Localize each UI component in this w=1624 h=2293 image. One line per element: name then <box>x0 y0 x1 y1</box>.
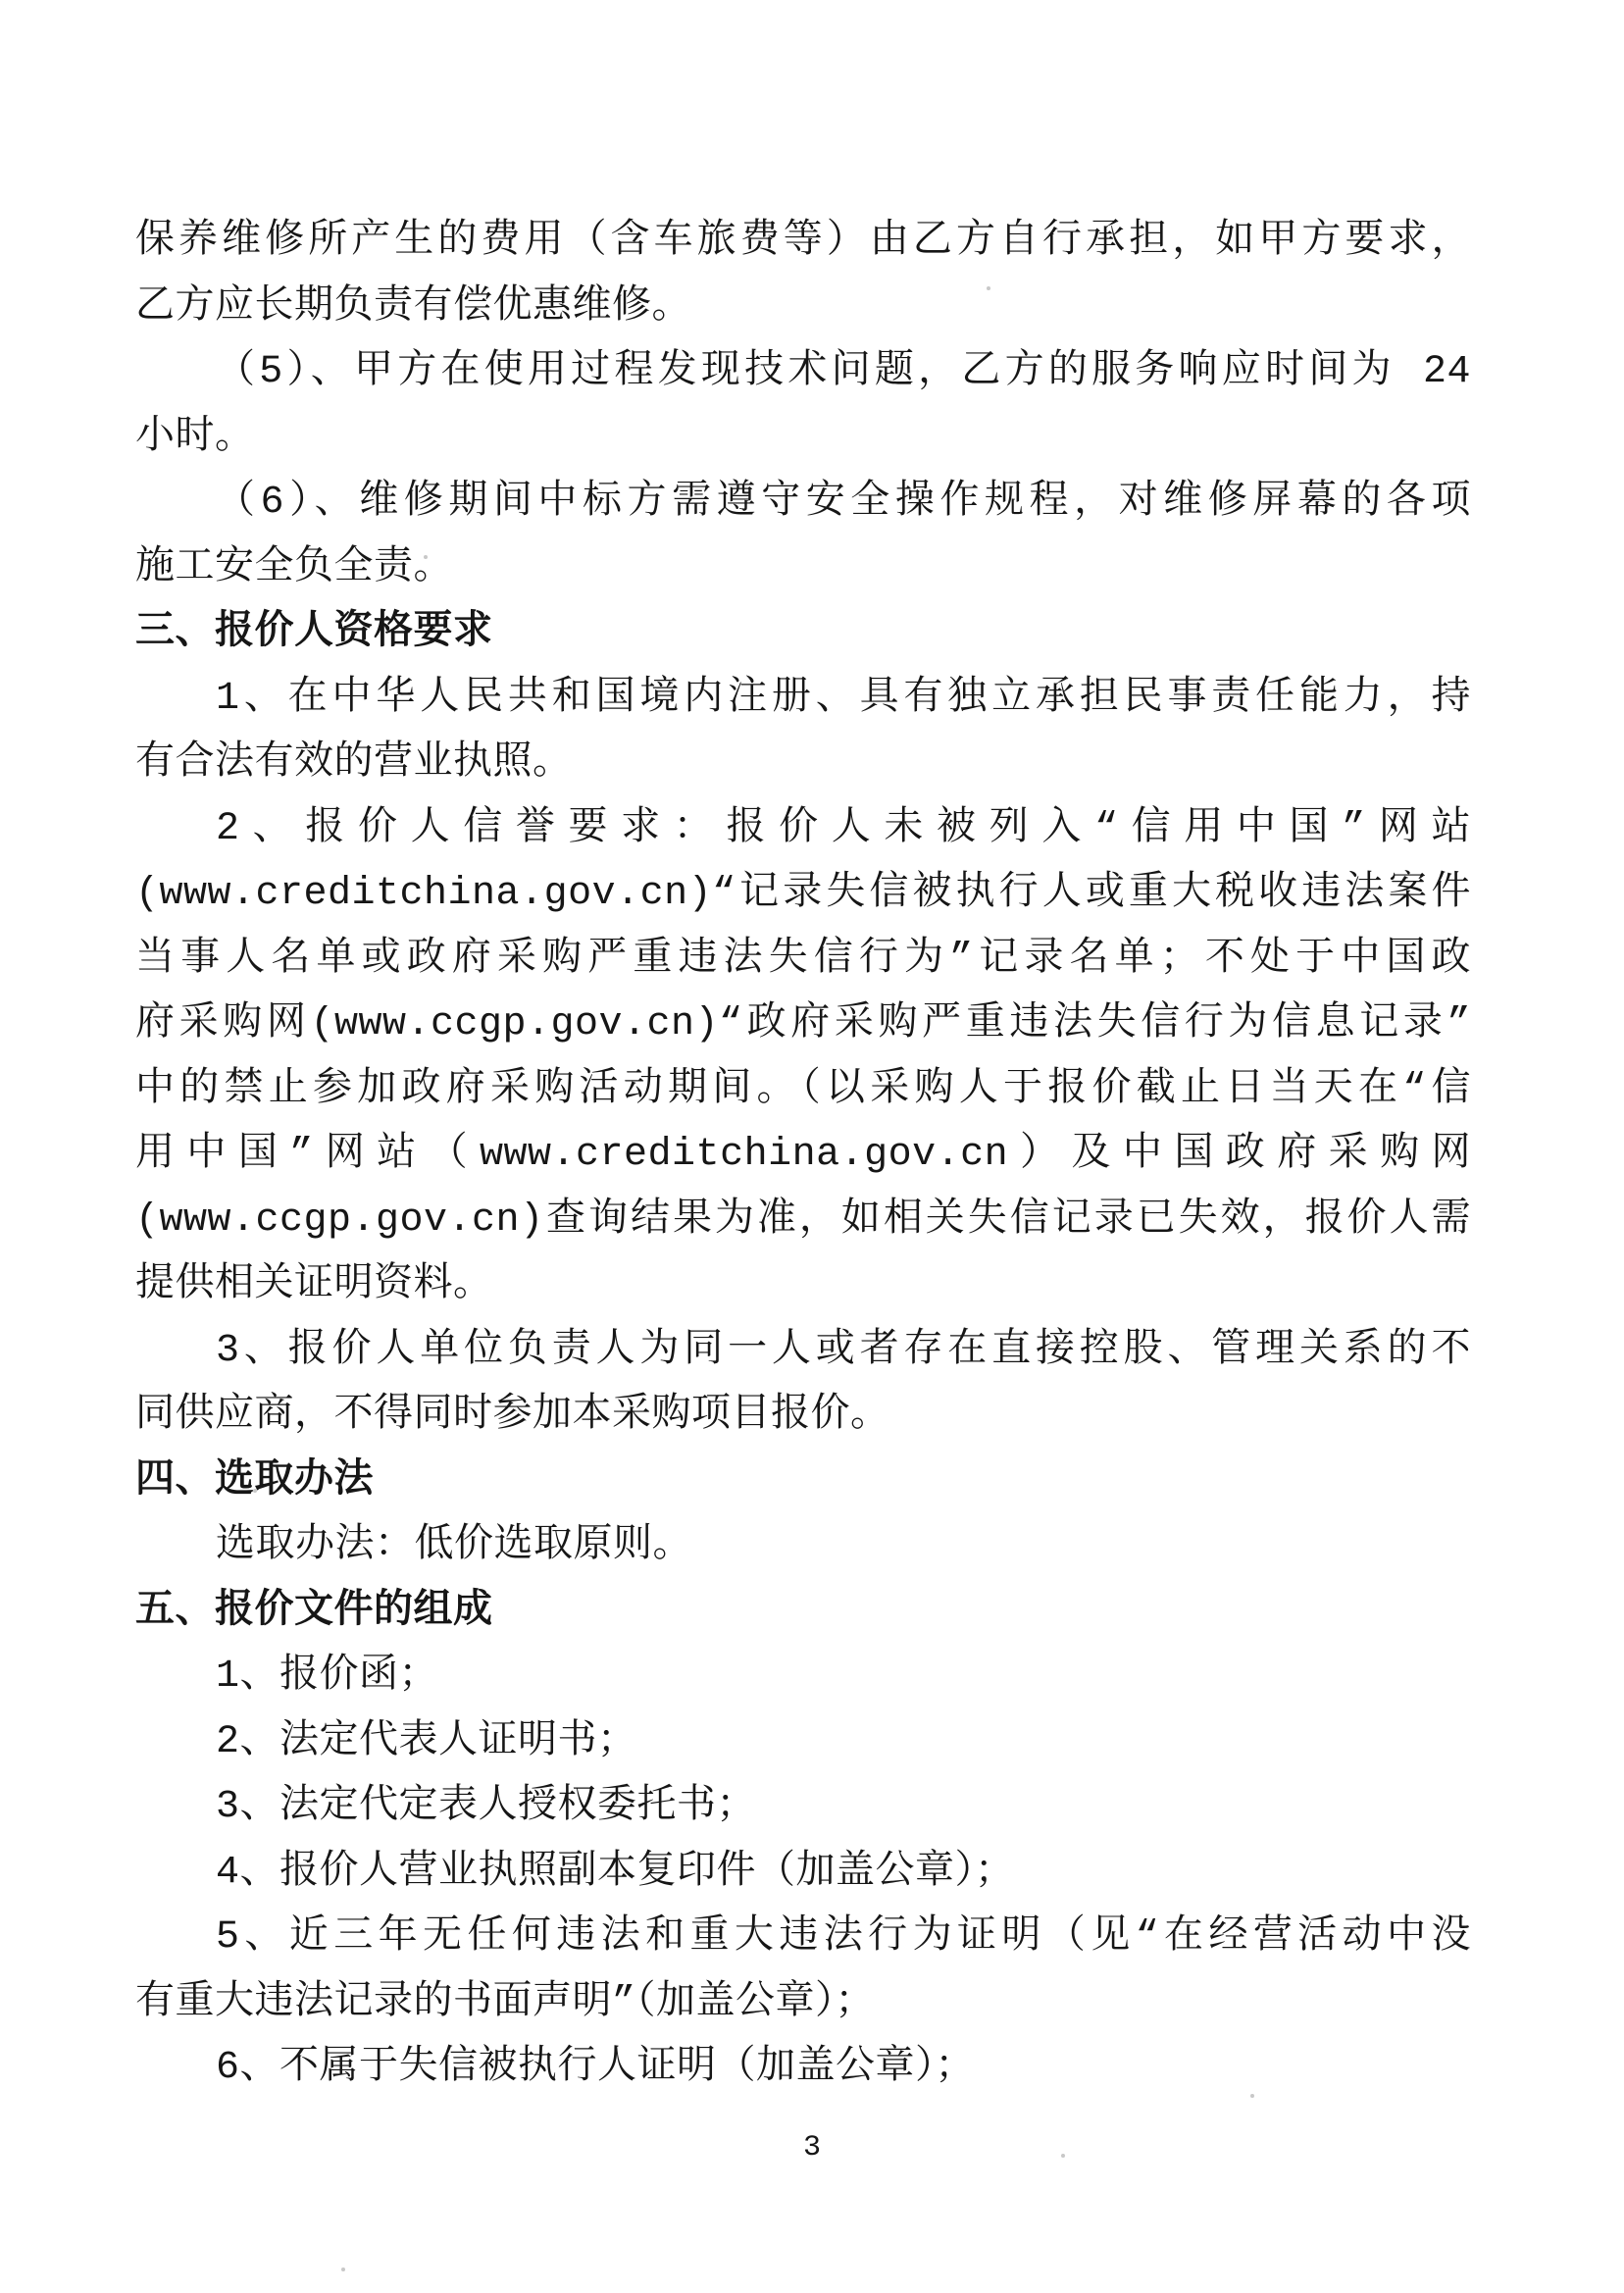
section-heading-4: 四、选取办法 <box>135 1450 1471 1515</box>
document-page: 保养维修所产生的费用（含车旅费等）由乙方自行承担，如甲方要求， 乙方应长期负责有… <box>0 0 1624 2293</box>
scan-speck <box>253 1489 257 1493</box>
list-item: 2、法定代表人证明书； <box>135 1710 1471 1776</box>
text-line: 1、在中华人民共和国境内注册、具有独立承担民事责任能力，持 <box>135 667 1471 733</box>
list-item: 3、法定代定表人授权委托书； <box>135 1775 1471 1841</box>
text-line: 2、报价人信誉要求：报价人未被列入“信用中国”网站 <box>135 797 1471 863</box>
list-item: 有重大违法记录的书面声明”（加盖公章）； <box>135 1971 1471 2037</box>
text-line: （6）、维修期间中标方需遵守安全操作规程，对维修屏幕的各项 <box>135 471 1471 536</box>
text-line: 保养维修所产生的费用（含车旅费等）由乙方自行承担，如甲方要求， <box>135 210 1471 276</box>
section-heading-3: 三、报价人资格要求 <box>135 601 1471 667</box>
list-item: 5、近三年无任何违法和重大违法行为证明（见“在经营活动中没 <box>135 1906 1471 1971</box>
text-line: 用中国”网站（www.creditchina.gov.cn）及中国政府采购网 <box>135 1123 1471 1189</box>
text-line: 3、报价人单位负责人为同一人或者存在直接控股、管理关系的不 <box>135 1319 1471 1385</box>
text-line: (www.ccgp.gov.cn)查询结果为准，如相关失信记录已失效，报价人需 <box>135 1189 1471 1254</box>
text-line: 施工安全负全责。 <box>135 536 1471 602</box>
document-body: 保养维修所产生的费用（含车旅费等）由乙方自行承担，如甲方要求， 乙方应长期负责有… <box>135 210 1471 2102</box>
section-heading-5: 五、报价文件的组成 <box>135 1580 1471 1646</box>
text-line: 选取办法：低价选取原则。 <box>135 1514 1471 1580</box>
page-number: 3 <box>0 2128 1624 2167</box>
scan-speck <box>1061 2154 1065 2158</box>
text-line: (www.creditchina.gov.cn)“记录失信被执行人或重大税收违法… <box>135 862 1471 928</box>
scan-speck <box>341 2268 345 2271</box>
text-line: 小时。 <box>135 406 1471 472</box>
text-line: 提供相关证明资料。 <box>135 1253 1471 1319</box>
text-line: 当事人名单或政府采购严重违法失信行为”记录名单；不处于中国政 <box>135 928 1471 994</box>
list-item: 4、报价人营业执照副本复印件（加盖公章）； <box>135 1841 1471 1907</box>
list-item: 1、报价函； <box>135 1645 1471 1710</box>
scan-speck <box>424 555 428 559</box>
text-line: 府采购网(www.ccgp.gov.cn)“政府采购严重违法失信行为信息记录” <box>135 993 1471 1058</box>
scan-speck <box>987 286 990 290</box>
text-line: 有合法有效的营业执照。 <box>135 732 1471 797</box>
text-line: 同供应商，不得同时参加本采购项目报价。 <box>135 1384 1471 1450</box>
scan-speck <box>1250 2094 1254 2098</box>
text-line: 中的禁止参加政府采购活动期间。（以采购人于报价截止日当天在“信 <box>135 1058 1471 1124</box>
text-line: 乙方应长期负责有偿优惠维修。 <box>135 276 1471 341</box>
list-item: 6、不属于失信被执行人证明（加盖公章）； <box>135 2036 1471 2102</box>
text-line: （5）、甲方在使用过程发现技术问题，乙方的服务响应时间为 24 <box>135 340 1471 406</box>
